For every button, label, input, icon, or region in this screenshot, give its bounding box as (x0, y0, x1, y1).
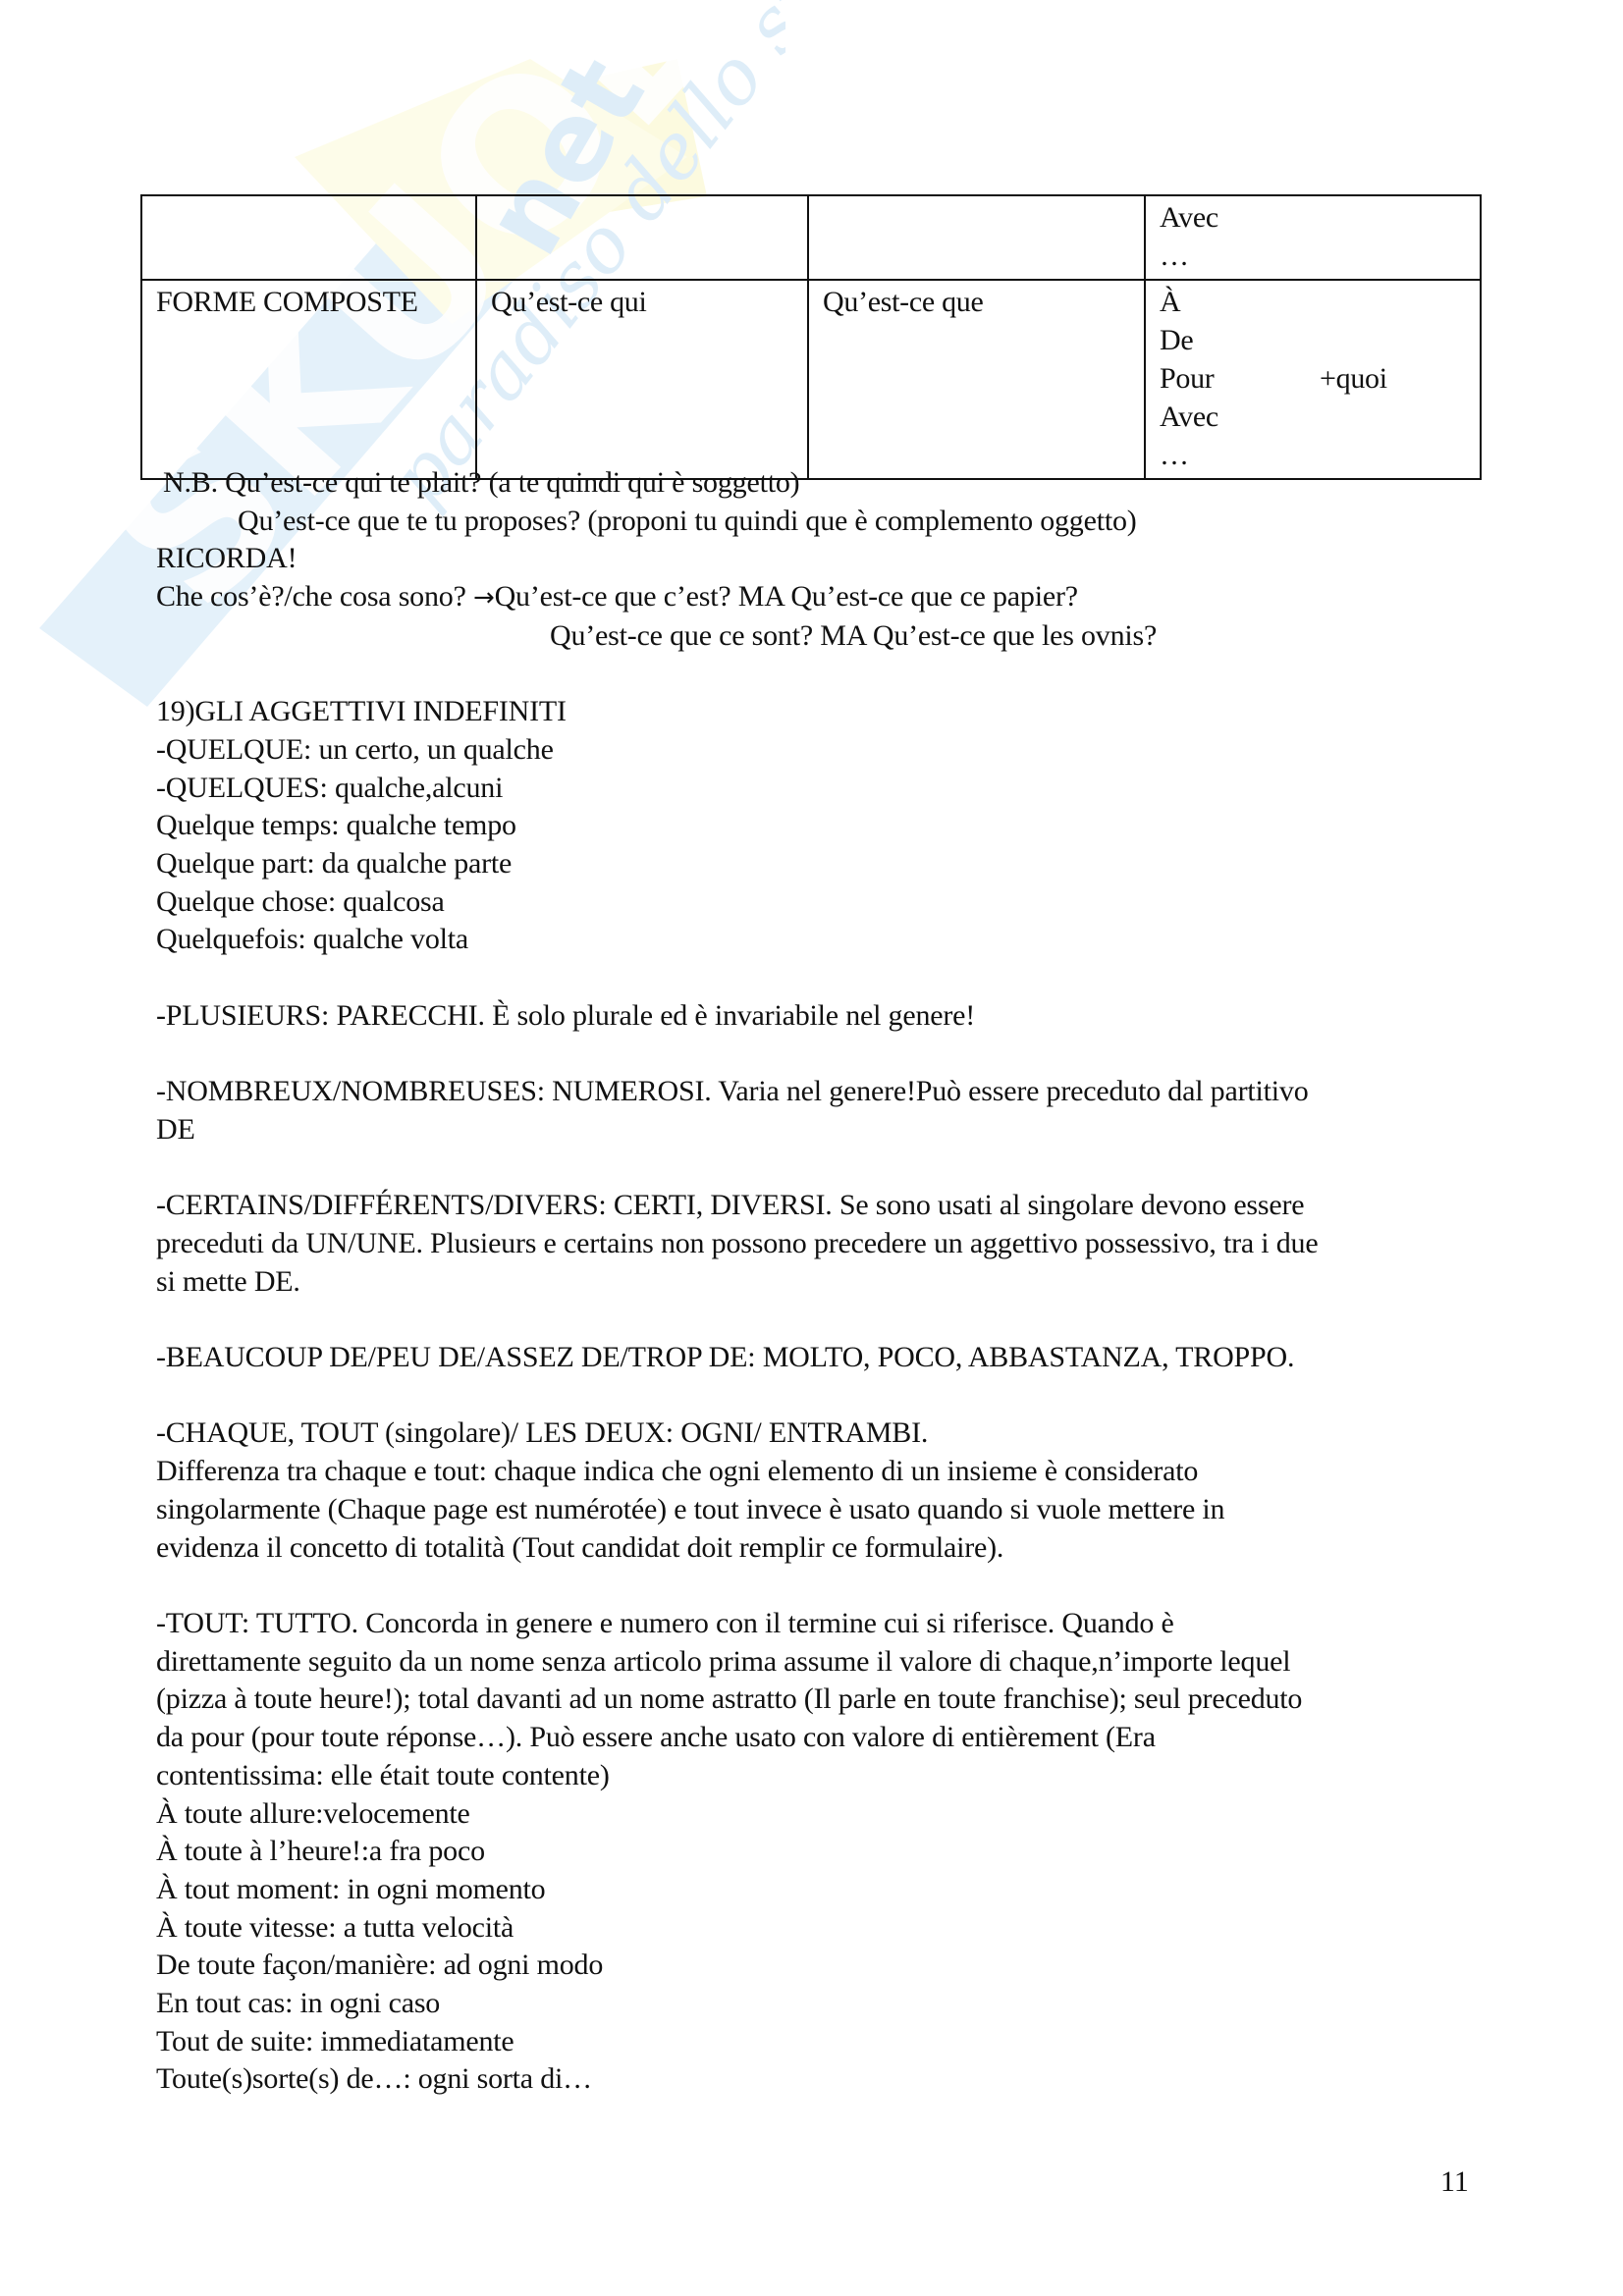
cell-line: Qu’est-ce qui (491, 283, 793, 321)
table-cell-prepositions: À De Pour +quoi Avec … (1145, 280, 1481, 479)
che-cosa-prefix: Che cos’è?/che cosa sono? (156, 580, 473, 613)
spacer (156, 1036, 1491, 1074)
plusieurs-paragraph: -PLUSIEURS: PARECCHI. È solo plurale ed … (156, 997, 1491, 1036)
spacer (156, 1149, 1491, 1188)
quelque-line: Quelque part: da qualche parte (156, 845, 1491, 883)
tout-line: (pizza à toute heure!); total davanti ad… (156, 1681, 1491, 1719)
table-row: Avec … (141, 195, 1481, 280)
nb-note-line: Qu’est-ce que te tu proposes? (proponi t… (156, 503, 1491, 541)
interrogative-pronouns-table: Avec … FORME COMPOSTE Qu’est-ce qui Qu’e… (140, 194, 1482, 480)
cell-line: Avec (1160, 398, 1466, 436)
nombreux-line: -NOMBREUX/NOMBREUSES: NUMEROSI. Varia ne… (156, 1073, 1491, 1111)
cell-line-pour: Pour (1160, 359, 1320, 398)
row-label-forme-composte: FORME COMPOSTE (156, 283, 461, 321)
expression-line: À toute vitesse: a tutta velocità (156, 1909, 1491, 1948)
table-cell-object: Qu’est-ce que (808, 280, 1145, 479)
table-cell (141, 195, 476, 280)
table-cell-subject: Qu’est-ce qui (476, 280, 808, 479)
nb-note-line: N.B. Qu’est-ce qui te plait? (a te quind… (156, 464, 1491, 503)
cell-line: Qu’est-ce que (823, 283, 1130, 321)
beaucoup-paragraph: -BEAUCOUP DE/PEU DE/ASSEZ DE/TROP DE: MO… (156, 1339, 1491, 1377)
ce-sont-line: Qu’est-ce que ce sont? MA Qu’est-ce que … (156, 617, 1491, 656)
cell-line: À (1160, 283, 1466, 321)
expression-line: Toute(s)sorte(s) de…: ogni sorta di… (156, 2060, 1491, 2099)
ricorda-label: RICORDA! (156, 540, 1491, 578)
table-row: FORME COMPOSTE Qu’est-ce qui Qu’est-ce q… (141, 280, 1481, 479)
spacer (156, 1377, 1491, 1415)
nombreux-line: DE (156, 1111, 1491, 1149)
che-cosa-suffix: Qu’est-ce que c’est? MA Qu’est-ce que ce… (495, 580, 1078, 613)
tout-line: direttamente seguito da un nome senza ar… (156, 1643, 1491, 1682)
certains-line: -CERTAINS/DIFFÉRENTS/DIVERS: CERTI, DIVE… (156, 1187, 1491, 1225)
expression-line: Tout de suite: immediatamente (156, 2023, 1491, 2061)
certains-line: preceduti da UN/UNE. Plusieurs e certain… (156, 1225, 1491, 1263)
quelque-line: Quelquefois: qualche volta (156, 921, 1491, 959)
quelque-line: -QUELQUES: qualche,alcuni (156, 770, 1491, 808)
table-cell (476, 195, 808, 280)
arrow-right-icon: → (473, 583, 495, 613)
tout-line: contentissima: elle était toute contente… (156, 1757, 1491, 1795)
chaque-line: singolarmente (Chaque page est numérotée… (156, 1491, 1491, 1529)
quelque-line: Quelque temps: qualche tempo (156, 807, 1491, 845)
quelque-line: Quelque chose: qualcosa (156, 883, 1491, 922)
table-cell-prepositions: Avec … (1145, 195, 1481, 280)
section-heading: 19)GLI AGGETTIVI INDEFINITI (156, 693, 1491, 731)
document-page: SKUOLA paradiso dello studente net Avec … (0, 0, 1623, 2296)
spacer (156, 959, 1491, 997)
che-cosa-line: Che cos’è?/che cosa sono? →Qu’est-ce que… (156, 578, 1491, 617)
tout-line: -TOUT: TUTTO. Concorda in genere e numer… (156, 1605, 1491, 1643)
expression-line: De toute façon/manière: ad ogni modo (156, 1947, 1491, 1985)
quelque-line: -QUELQUE: un certo, un qualche (156, 731, 1491, 770)
table-cell (808, 195, 1145, 280)
expression-line: À toute allure:velocemente (156, 1795, 1491, 1834)
chaque-line: Differenza tra chaque e tout: chaque ind… (156, 1453, 1491, 1491)
document-body: N.B. Qu’est-ce qui te plait? (a te quind… (156, 464, 1491, 2099)
cell-line: … (1160, 237, 1466, 275)
expression-line: À toute à l’heure!:a fra poco (156, 1833, 1491, 1871)
spacer (156, 1301, 1491, 1339)
certains-line: si mette DE. (156, 1263, 1491, 1302)
expression-line: En tout cas: in ogni caso (156, 1985, 1491, 2023)
spacer (156, 1567, 1491, 1605)
cell-line-quoi-suffix: +quoi (1320, 359, 1387, 398)
cell-line: Avec (1160, 198, 1466, 237)
table-cell-row-label: FORME COMPOSTE (141, 280, 476, 479)
chaque-line: evidenza il concetto di totalità (Tout c… (156, 1529, 1491, 1568)
cell-line: De (1160, 321, 1466, 359)
page-number: 11 (1440, 2165, 1469, 2199)
chaque-line: -CHAQUE, TOUT (singolare)/ LES DEUX: OGN… (156, 1415, 1491, 1453)
spacer (156, 656, 1491, 694)
tout-line: da pour (pour toute réponse…). Può esser… (156, 1719, 1491, 1757)
expression-line: À tout moment: in ogni momento (156, 1871, 1491, 1909)
cell-line: Pour +quoi (1160, 359, 1466, 398)
